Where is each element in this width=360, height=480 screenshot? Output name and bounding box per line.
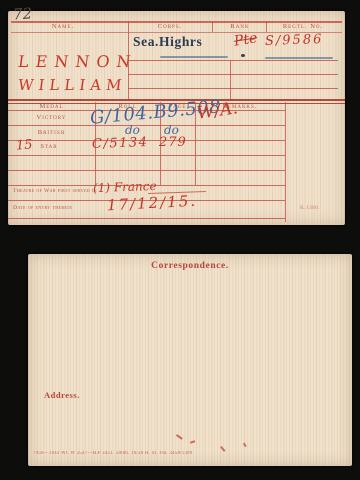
corps-stamp: Sea.Highrs bbox=[133, 35, 202, 49]
star-roll-entry: C/5134 bbox=[92, 136, 149, 151]
date-of-entry-entry: 17/12/15. bbox=[107, 194, 198, 214]
rule-date-row bbox=[8, 218, 285, 219]
date-of-entry-label: Date of entry therein bbox=[13, 206, 72, 212]
blue-underline-number bbox=[265, 57, 333, 59]
medal-header: Medal bbox=[8, 104, 95, 111]
ink-mark-1 bbox=[176, 434, 183, 439]
regtl-no-entry: S/9586 bbox=[265, 33, 324, 48]
theatre-of-war-label: Theatre of War first served in bbox=[13, 189, 97, 195]
address-label: Address. bbox=[44, 390, 80, 400]
remarks-entry: W/A. bbox=[196, 100, 239, 123]
rule-empty-row-1 bbox=[8, 170, 285, 171]
british-medal-label: British bbox=[8, 130, 95, 137]
rule-row-3 bbox=[128, 88, 338, 89]
star-medal-hand-15: 15 bbox=[16, 138, 33, 152]
regtl-no-column-label: Regtl. No. bbox=[270, 24, 336, 31]
pencil-reference-number: 72 bbox=[12, 4, 32, 23]
printer-imprint: 7958—1043 Wt. W 3547—H.P 3451. 500m. 10/… bbox=[33, 452, 193, 457]
theatre-of-war-entry: (1) France bbox=[93, 180, 157, 194]
rule-row-1 bbox=[128, 60, 338, 61]
name-column-label: Name. bbox=[28, 24, 98, 31]
rule-mid-column bbox=[230, 60, 231, 100]
surname-entry: LENNON bbox=[17, 54, 138, 70]
rule-victory-row bbox=[8, 125, 285, 126]
corps-column-label: Corps. bbox=[138, 24, 202, 31]
star-page-entry: 279 bbox=[159, 136, 187, 149]
rank-entry: Pte bbox=[233, 31, 258, 48]
medal-index-card-front: Name. Corps. Rank Regtl. No. Sea.Highrs … bbox=[8, 11, 345, 225]
british-roll-ditto: do bbox=[125, 124, 140, 136]
victory-medal-label: Victory bbox=[8, 115, 95, 122]
rule-star-row bbox=[8, 155, 285, 156]
ink-mark-3 bbox=[220, 446, 225, 452]
ink-dot bbox=[241, 54, 245, 57]
blue-underline-corps bbox=[160, 56, 228, 58]
rule-header-div-2 bbox=[266, 21, 267, 32]
rule-header-div-1 bbox=[212, 21, 213, 32]
forename-entry: WILLIAM bbox=[17, 78, 127, 93]
ink-mark-4 bbox=[243, 443, 246, 447]
medal-index-card-back: Correspondence. Address. 7958—1043 Wt. W… bbox=[28, 254, 352, 466]
form-number: K.1380. bbox=[300, 206, 320, 212]
correspondence-title: Correspondence. bbox=[28, 261, 352, 271]
scanned-medal-index-card-page: { "page": { "pencil_number": "72" }, "fr… bbox=[0, 0, 360, 480]
ink-mark-2 bbox=[190, 440, 195, 443]
star-medal-label: Star bbox=[32, 144, 66, 151]
rule-right-margin bbox=[285, 102, 286, 222]
rule-row-2 bbox=[128, 74, 338, 75]
